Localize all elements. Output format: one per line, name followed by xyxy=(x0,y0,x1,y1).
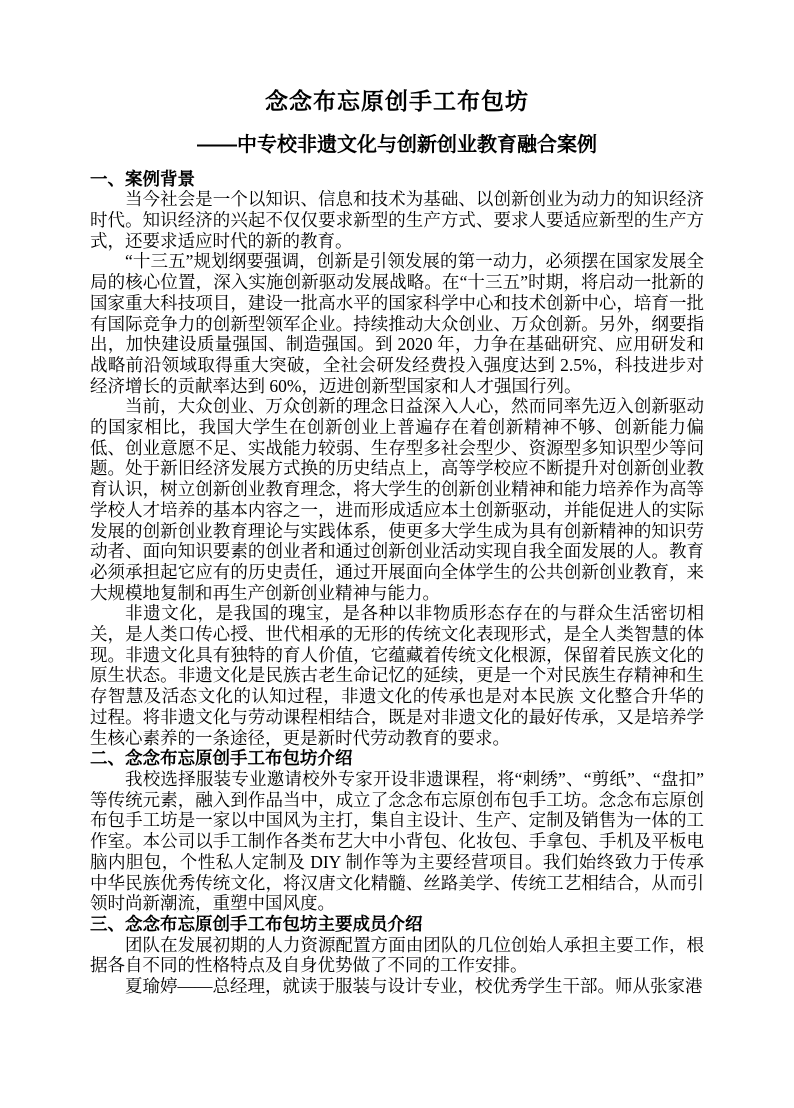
section-case-background: 一、案例背景 当今社会是一个以知识、信息和技术为基础、以创新创业为动力的知识经济… xyxy=(90,169,704,749)
paragraph: 当今社会是一个以知识、信息和技术为基础、以创新创业为动力的知识经济时代。知识经济… xyxy=(90,189,704,251)
section-heading-members-intro: 三、念念布忘原创手工布包坊主要成员介绍 xyxy=(90,914,704,935)
document-title: 念念布忘原创手工布包坊 xyxy=(90,88,704,116)
paragraph: 当前，大众创业、万众创新的理念日益深入人心，然而同率先迈入创新驱动的国家相比，我… xyxy=(90,396,704,603)
paragraph: “十三五”规划纲要强调，创新是引领发展的第一动力，必须摆在国家发展全局的核心位置… xyxy=(90,251,704,396)
paragraph: 团队在发展初期的人力资源配置方面由团队的几位创始人承担主要工作，根据各自不同的性… xyxy=(90,935,704,976)
section-workshop-intro: 二、念念布忘原创手工布包坊介绍 我校选择服装专业邀请校外专家开设非遗课程，将“刺… xyxy=(90,748,704,914)
section-heading-workshop-intro: 二、念念布忘原创手工布包坊介绍 xyxy=(90,748,704,769)
paragraph: 我校选择服装专业邀请校外专家开设非遗课程，将“刺绣”、“剪纸”、“盘扣”等传统元… xyxy=(90,769,704,914)
section-members-intro: 三、念念布忘原创手工布包坊主要成员介绍 团队在发展初期的人力资源配置方面由团队的… xyxy=(90,914,704,997)
paragraph: 夏瑜婷——总经理，就读于服装与设计专业，校优秀学生干部。师从张家港 xyxy=(90,976,704,997)
paragraph: 非遗文化，是我国的瑰宝，是各种以非物质形态存在的与群众生活密切相关，是人类口传心… xyxy=(90,603,704,748)
section-heading-case-background: 一、案例背景 xyxy=(90,169,704,190)
document-subtitle: ——中专校非遗文化与创新创业教育融合案例 xyxy=(90,133,704,157)
document-body: 一、案例背景 当今社会是一个以知识、信息和技术为基础、以创新创业为动力的知识经济… xyxy=(90,169,704,997)
document-page: 念念布忘原创手工布包坊 ——中专校非遗文化与创新创业教育融合案例 一、案例背景 … xyxy=(0,0,794,1108)
